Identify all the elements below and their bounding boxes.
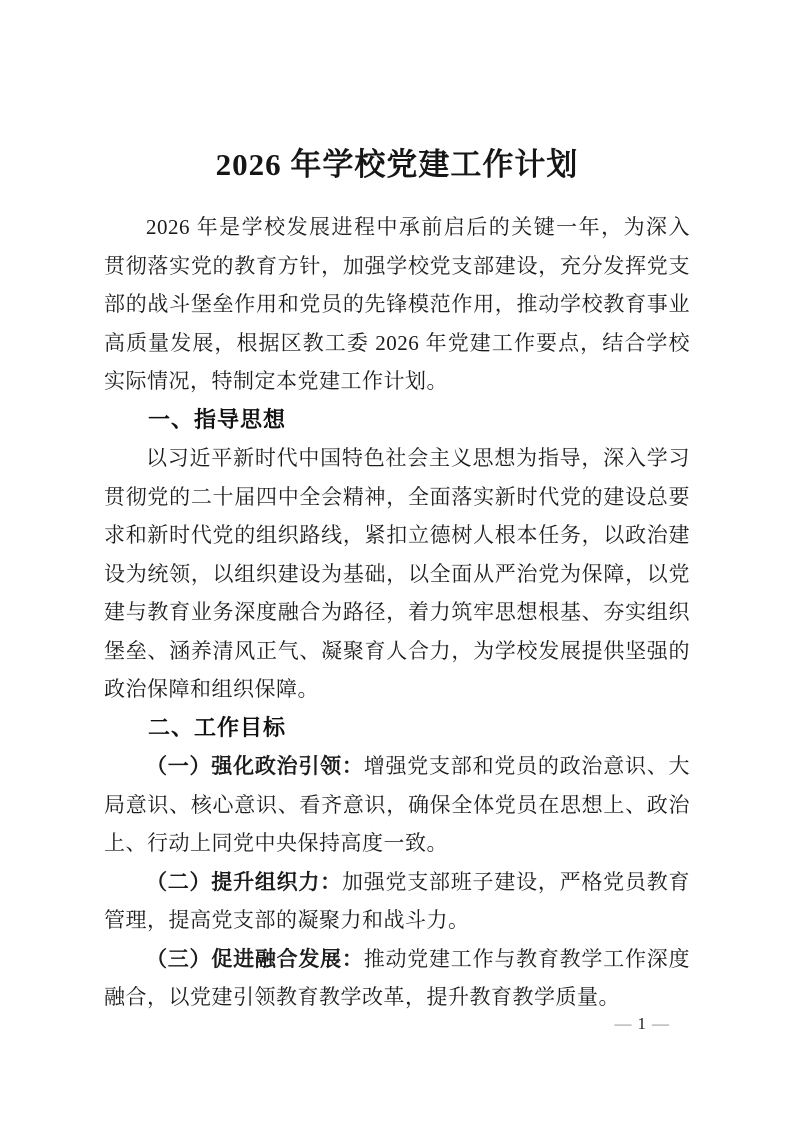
goal-item-1-label: （一）强化政治引领： — [146, 754, 364, 778]
page-number-right-dash: — — [646, 1014, 675, 1033]
goal-item-2-label: （二）提升组织力： — [146, 870, 342, 894]
intro-paragraph: 2026 年是学校发展进程中承前启后的关键一年，为深入贯彻落实党的教育方针，加强… — [104, 208, 690, 401]
section-heading-work-goals: 二、工作目标 — [104, 709, 690, 748]
goal-item-3: （三）促进融合发展：推动党建工作与教育教学工作深度融合，以党建引领教育教学改革，… — [104, 940, 690, 1017]
page-number-left-dash: — — [609, 1014, 638, 1033]
goal-item-2: （二）提升组织力：加强党支部班子建设，严格党员教育管理，提高党支部的凝聚力和战斗… — [104, 863, 690, 940]
page-number: —1— — [609, 1012, 676, 1036]
goal-item-3-label: （三）促进融合发展： — [146, 947, 364, 971]
document-content: 2026 年学校党建工作计划 2026 年是学校发展进程中承前启后的关键一年，为… — [104, 140, 690, 1017]
goal-item-1: （一）强化政治引领：增强党支部和党员的政治意识、大局意识、核心意识、看齐意识，确… — [104, 747, 690, 863]
document-title: 2026 年学校党建工作计划 — [104, 140, 690, 190]
section-body-guiding-ideology: 以习近平新时代中国特色社会主义思想为指导，深入学习贯彻党的二十届四中全会精神，全… — [104, 439, 690, 709]
page-number-value: 1 — [638, 1014, 647, 1033]
section-heading-guiding-ideology: 一、指导思想 — [104, 401, 690, 440]
document-page: 2026 年学校党建工作计划 2026 年是学校发展进程中承前启后的关键一年，为… — [0, 0, 793, 1122]
